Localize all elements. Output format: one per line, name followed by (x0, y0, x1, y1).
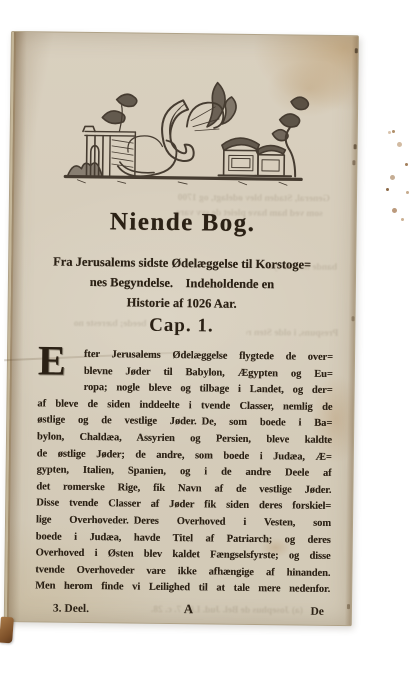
catchword: De (234, 605, 330, 618)
subtitle-line: Historie af 1026 Aar. (25, 291, 339, 315)
body-text-line: Men herom finde vi Leilighed til at tale… (35, 579, 330, 599)
book-title: Niende Bog. (10, 207, 356, 239)
volume-label: 3. Deel. (35, 602, 143, 615)
photo-backdrop: General, Staden blev ødelagt, og 1700som… (0, 0, 412, 700)
ghost-text-line: General, Staden blev ødelagt, og 1700 (68, 192, 330, 205)
signature-mark: A (143, 601, 234, 618)
page-edge-ticks (355, 48, 358, 53)
chapter-heading: Cap. 1. (8, 313, 354, 339)
binding-leather-tab (0, 617, 14, 644)
body-paragraph: fter Jerusalems Ødelæggelse flygtede de … (35, 346, 333, 598)
page-footer: 3. Deel. A De (35, 599, 330, 619)
subtitle: Fra Jerusalems sidste Ødelæggelse til Ko… (25, 251, 340, 315)
book-page: General, Staden blev ødelagt, og 1700som… (4, 31, 359, 626)
drop-cap-initial: E (38, 346, 84, 380)
body-text: E fter Jerusalems Ødelæggelse flygtede d… (35, 346, 333, 598)
subtitle-line: Fra Jerusalems sidste Ødelæggelse til Ko… (25, 251, 339, 275)
ghost-showthrough: General, Staden blev ødelagt, og 1700som… (12, 32, 358, 36)
headpiece-vignette-engraving (57, 73, 310, 192)
foxing-spots (0, 0, 3, 3)
